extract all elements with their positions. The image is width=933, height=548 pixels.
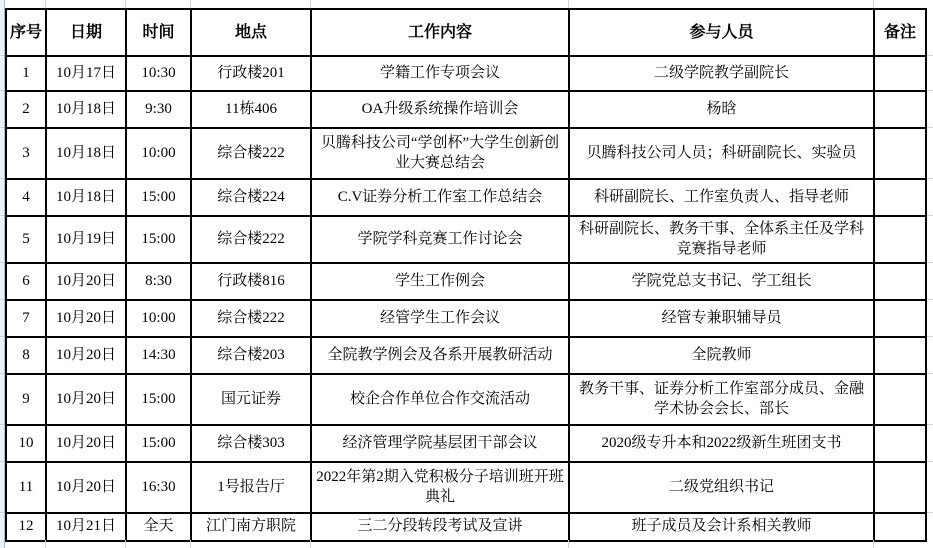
cell-time: 9:30 [126, 91, 191, 128]
table-row: 6 10月20日 8:30 行政楼816 学生工作例会 学院党总支书记、学工组长 [6, 263, 926, 300]
sheet-gridline [190, 0, 191, 8]
cell-date: 10月19日 [46, 216, 126, 263]
cell-time: 15:00 [126, 374, 191, 425]
column-header-remark: 备注 [874, 9, 926, 56]
cell-content: 2022年第2期入党积极分子培训班开班典礼 [311, 462, 569, 513]
table-row: 9 10月20日 15:00 国元证券 校企合作单位合作交流活动 教务干事、证券… [6, 374, 926, 425]
column-header-content: 工作内容 [311, 9, 569, 56]
sheet-gridline [927, 178, 933, 179]
cell-date: 10月20日 [46, 300, 126, 337]
table-row: 5 10月19日 15:00 综合楼222 学院学科竞赛工作讨论会 科研副院长、… [6, 216, 926, 263]
cell-participants: 经管专兼职辅导员 [569, 300, 874, 337]
sheet-gridline [0, 178, 4, 179]
cell-remark [874, 374, 926, 425]
column-header-seq: 序号 [6, 9, 46, 56]
cell-seq: 9 [6, 374, 46, 425]
cell-place: 综合楼203 [191, 337, 311, 374]
cell-remark [874, 91, 926, 128]
cell-content: 全院教学例会及各系开展教研活动 [311, 337, 569, 374]
cell-time: 10:00 [126, 300, 191, 337]
cell-content: 学籍工作专项会议 [311, 56, 569, 91]
cell-time: 8:30 [126, 263, 191, 300]
cell-remark [874, 425, 926, 462]
cell-participants: 班子成员及会计系相关教师 [569, 513, 874, 541]
cell-time: 10:00 [126, 128, 191, 179]
cell-seq: 6 [6, 263, 46, 300]
sheet-gridline [0, 90, 4, 91]
table-row: 12 10月21日 全天 江门南方职院 三二分段转段考试及宣讲 班子成员及会计系… [6, 513, 926, 541]
sheet-gridline [927, 262, 933, 263]
cell-content: 学生工作例会 [311, 263, 569, 300]
cell-seq: 11 [6, 462, 46, 513]
table-row: 4 10月18日 15:00 综合楼224 C.V证券分析工作室工作总结会 科研… [6, 179, 926, 216]
cell-time: 15:00 [126, 179, 191, 216]
cell-place: 国元证券 [191, 374, 311, 425]
sheet-gridline [125, 0, 126, 8]
sheet-gridline [0, 336, 4, 337]
sheet-gridline [927, 336, 933, 337]
cell-time: 16:30 [126, 462, 191, 513]
cell-seq: 5 [6, 216, 46, 263]
table-row: 10 10月20日 15:00 综合楼303 经济管理学院基层团干部会议 202… [6, 425, 926, 462]
sheet-gridline [0, 55, 4, 56]
cell-remark [874, 300, 926, 337]
cell-remark [874, 56, 926, 91]
cell-date: 10月18日 [46, 179, 126, 216]
sheet-gridline [927, 512, 933, 513]
column-header-time: 时间 [126, 9, 191, 56]
cell-remark [874, 128, 926, 179]
cell-remark [874, 337, 926, 374]
table-row: 7 10月20日 10:00 综合楼222 经管学生工作会议 经管专兼职辅导员 [6, 300, 926, 337]
cell-date: 10月18日 [46, 91, 126, 128]
sheet-gridline [0, 424, 4, 425]
column-header-participants: 参与人员 [569, 9, 874, 56]
sheet-gridline [0, 215, 4, 216]
sheet-gridline [873, 540, 874, 548]
cell-date: 10月20日 [46, 374, 126, 425]
cell-place: 江门南方职院 [191, 513, 311, 541]
header-row: 序号 日期 时间 地点 工作内容 参与人员 备注 [6, 9, 926, 56]
cell-participants: 2020级专升本和2022级新生班团支书 [569, 425, 874, 462]
sheet-gridline [310, 0, 311, 8]
cell-place: 综合楼303 [191, 425, 311, 462]
sheet-gridline [0, 461, 4, 462]
cell-seq: 7 [6, 300, 46, 337]
cell-seq: 8 [6, 337, 46, 374]
sheet-gridline [927, 215, 933, 216]
sheet-gridline [927, 90, 933, 91]
sheet-gridline [0, 512, 4, 513]
cell-seq: 12 [6, 513, 46, 541]
cell-content: C.V证券分析工作室工作总结会 [311, 179, 569, 216]
cell-date: 10月20日 [46, 337, 126, 374]
cell-remark [874, 263, 926, 300]
cell-date: 10月21日 [46, 513, 126, 541]
column-header-place: 地点 [191, 9, 311, 56]
cell-seq: 2 [6, 91, 46, 128]
sheet-gridline [310, 540, 311, 548]
cell-time: 全天 [126, 513, 191, 541]
cell-participants: 全院教师 [569, 337, 874, 374]
cell-content: 贝腾科技公司“学创杯”大学生创新创业大赛总结会 [311, 128, 569, 179]
cell-place: 1号报告厅 [191, 462, 311, 513]
table-row: 1 10月17日 10:30 行政楼201 学籍工作专项会议 二级学院教学副院长 [6, 56, 926, 91]
sheet-gridline [190, 540, 191, 548]
cell-content: 校企合作单位合作交流活动 [311, 374, 569, 425]
schedule-table: 序号 日期 时间 地点 工作内容 参与人员 备注 1 10月17日 10:30 … [5, 8, 927, 542]
cell-seq: 4 [6, 179, 46, 216]
cell-remark [874, 179, 926, 216]
sheet-gridline [0, 262, 4, 263]
sheet-gridline [927, 461, 933, 462]
cell-place: 综合楼222 [191, 216, 311, 263]
cell-time: 15:00 [126, 425, 191, 462]
sheet-gridline [45, 540, 46, 548]
cell-date: 10月20日 [46, 462, 126, 513]
cell-date: 10月20日 [46, 263, 126, 300]
cell-content: 学院学科竞赛工作讨论会 [311, 216, 569, 263]
cell-participants: 二级学院教学副院长 [569, 56, 874, 91]
sheet-gridline [927, 55, 933, 56]
cell-place: 综合楼224 [191, 179, 311, 216]
cell-participants: 科研副院长、教务干事、全体系主任及学科竞赛指导老师 [569, 216, 874, 263]
cell-content: 经管学生工作会议 [311, 300, 569, 337]
cell-place: 综合楼222 [191, 300, 311, 337]
sheet-gridline [927, 299, 933, 300]
cell-seq: 10 [6, 425, 46, 462]
table-row: 11 10月20日 16:30 1号报告厅 2022年第2期入党积极分子培训班开… [6, 462, 926, 513]
sheet-gridline [0, 373, 4, 374]
cell-participants: 科研副院长、工作室负责人、指导老师 [569, 179, 874, 216]
cell-seq: 1 [6, 56, 46, 91]
cell-content: OA升级系统操作培训会 [311, 91, 569, 128]
cell-place: 行政楼816 [191, 263, 311, 300]
sheet-gridline [927, 424, 933, 425]
sheet-gridline [0, 299, 4, 300]
cell-date: 10月17日 [46, 56, 126, 91]
cell-remark [874, 513, 926, 541]
cell-participants: 学院党总支书记、学工组长 [569, 263, 874, 300]
cell-remark [874, 216, 926, 263]
cell-remark [874, 462, 926, 513]
table-row: 8 10月20日 14:30 综合楼203 全院教学例会及各系开展教研活动 全院… [6, 337, 926, 374]
sheet-gridline [125, 540, 126, 548]
sheet-gridline [45, 0, 46, 8]
cell-place: 11栋406 [191, 91, 311, 128]
cell-seq: 3 [6, 128, 46, 179]
cell-content: 三二分段转段考试及宣讲 [311, 513, 569, 541]
cell-time: 14:30 [126, 337, 191, 374]
sheet-gridline [568, 0, 569, 8]
sheet-gridline [873, 0, 874, 8]
cell-participants: 二级党组织书记 [569, 462, 874, 513]
cell-place: 综合楼222 [191, 128, 311, 179]
cell-participants: 杨晗 [569, 91, 874, 128]
cell-date: 10月20日 [46, 425, 126, 462]
sheet-gridline [927, 373, 933, 374]
cell-place: 行政楼201 [191, 56, 311, 91]
cell-date: 10月18日 [46, 128, 126, 179]
cell-time: 15:00 [126, 216, 191, 263]
column-header-date: 日期 [46, 9, 126, 56]
sheet-gridline [568, 540, 569, 548]
cell-time: 10:30 [126, 56, 191, 91]
table-row: 3 10月18日 10:00 综合楼222 贝腾科技公司“学创杯”大学生创新创业… [6, 128, 926, 179]
cell-content: 经济管理学院基层团干部会议 [311, 425, 569, 462]
sheet-gridline [0, 127, 4, 128]
sheet-gridline [927, 127, 933, 128]
cell-participants: 教务干事、证券分析工作室部分成员、金融学术协会会长、部长 [569, 374, 874, 425]
table-row: 2 10月18日 9:30 11栋406 OA升级系统操作培训会 杨晗 [6, 91, 926, 128]
cell-participants: 贝腾科技公司人员；科研副院长、实验员 [569, 128, 874, 179]
